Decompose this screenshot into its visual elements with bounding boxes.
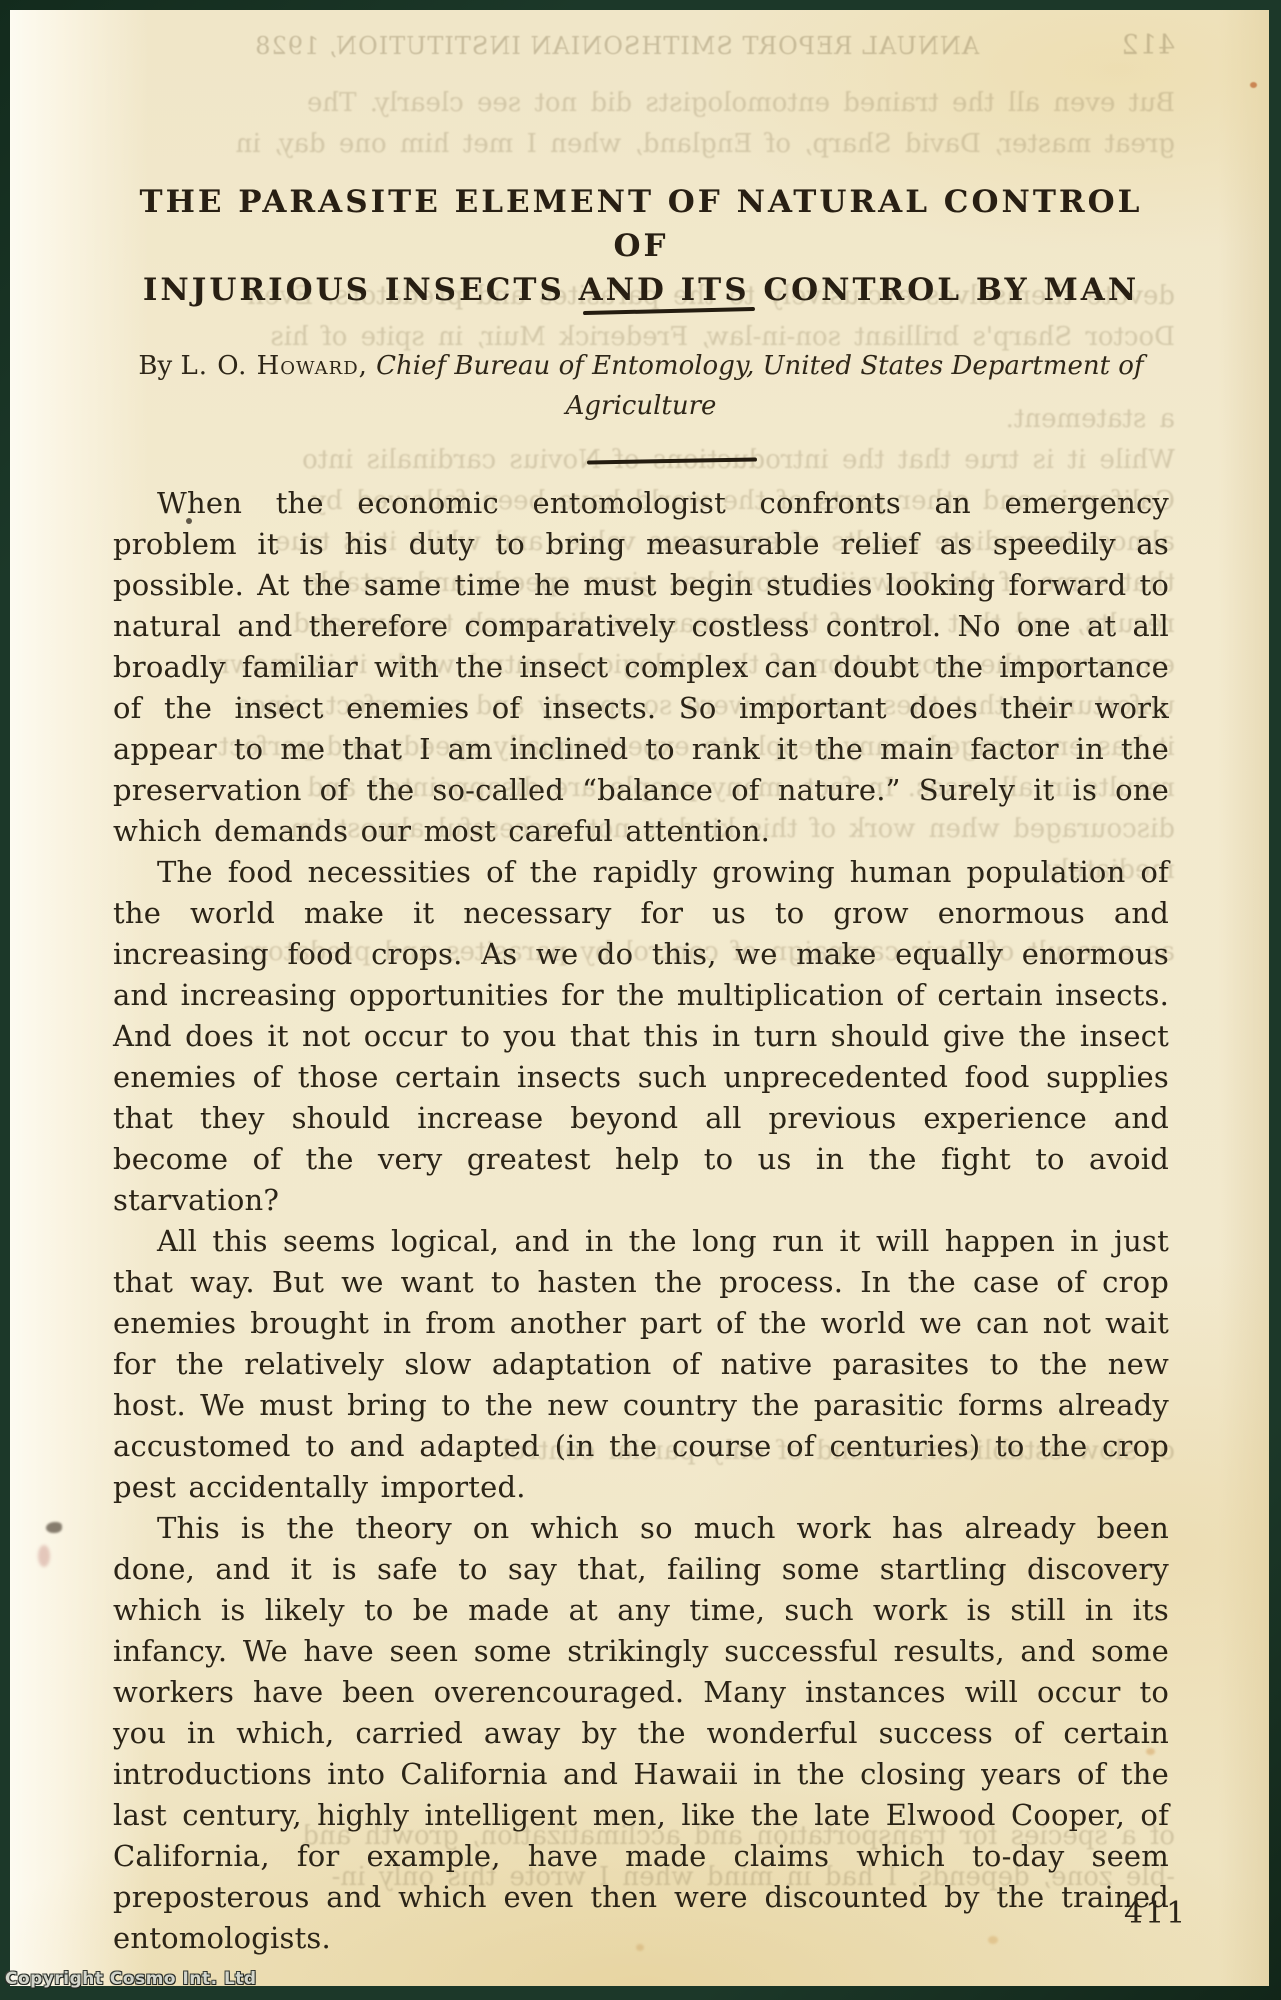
paragraph: When the economic entomologist confronts… xyxy=(113,483,1169,852)
byline-line1: By L. O. Howard, Chief Bureau of Entomol… xyxy=(108,346,1174,386)
byline: By L. O. Howard, Chief Bureau of Entomol… xyxy=(108,346,1174,426)
paragraph: The food necessities of the rapidly grow… xyxy=(113,852,1169,1221)
article-title-line1: THE PARASITE ELEMENT OF NATURAL CONTROL … xyxy=(113,180,1169,268)
page-number: 411 xyxy=(1124,1896,1187,1931)
byline-by: By xyxy=(138,351,172,381)
article-title: THE PARASITE ELEMENT OF NATURAL CONTROL … xyxy=(113,180,1169,312)
article-title-line2: INJURIOUS INSECTS AND ITS CONTROL BY MAN xyxy=(113,268,1169,312)
byline-line2: Agriculture xyxy=(108,386,1174,426)
paragraph: This is the theory on which so much work… xyxy=(113,1508,1169,1959)
byline-author: L. O. Howard, xyxy=(180,351,367,381)
copyright-watermark: Copyright Cosmo Int. Ltd xyxy=(5,1969,257,1989)
byline-affiliation: Chief Bureau of Entomology, United State… xyxy=(376,351,1143,381)
paragraph: All this seems logical, and in the long … xyxy=(113,1221,1169,1508)
article-body: When the economic entomologist confronts… xyxy=(113,483,1169,1959)
scanned-page-photo: 412 ANNUAL REPORT SMITHSONIAN INSTITUTIO… xyxy=(0,0,1281,2000)
